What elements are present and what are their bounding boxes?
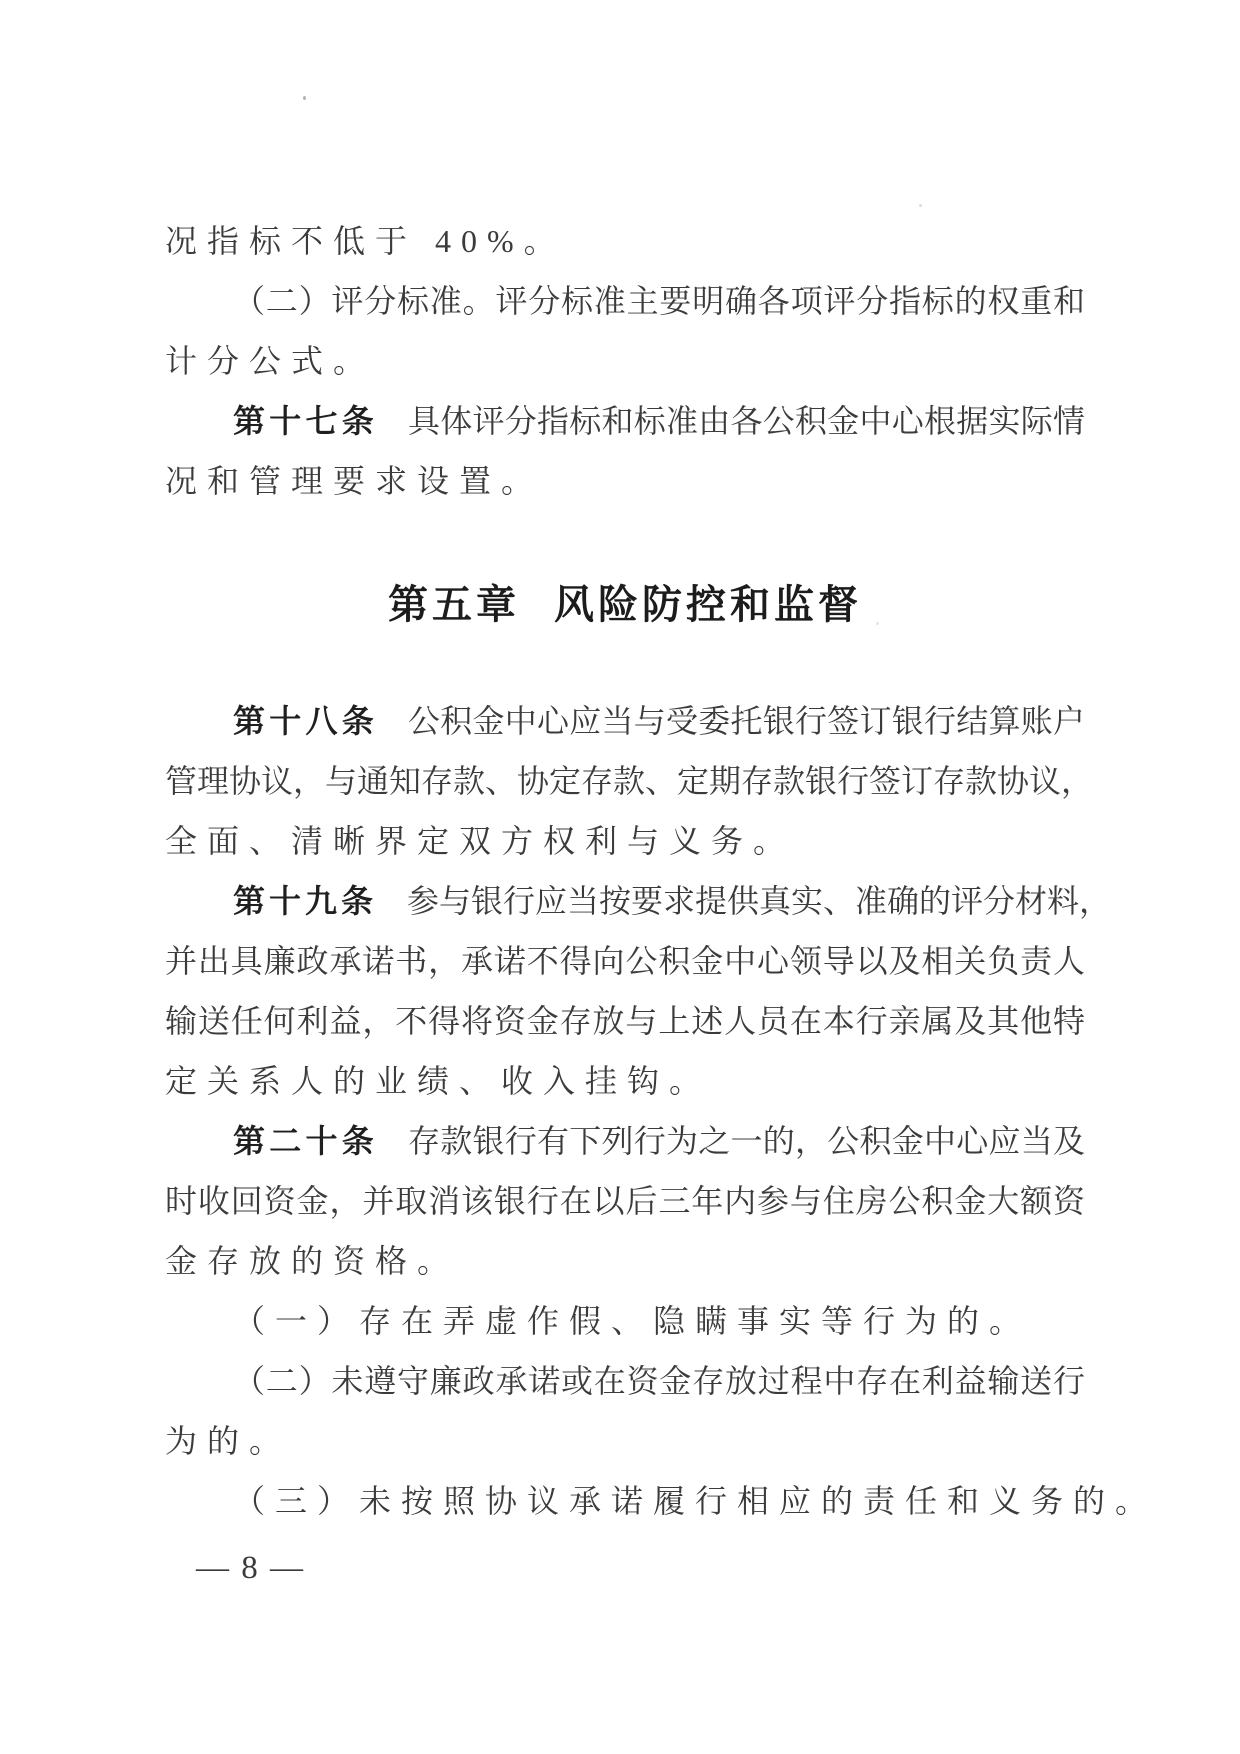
line-text: 金存放的资格。 (165, 1243, 459, 1279)
article-number: 第十八条 (233, 703, 378, 739)
line-text: 况指标不低于 40%。 (165, 223, 566, 259)
document-line: 第十八条公积金中心应当与受委托银行签订银行结算账户 (165, 691, 1085, 751)
chapter-heading: 第五章 风险防控和监督 (165, 511, 1085, 691)
document-line: 并出具廉政承诺书，承诺不得向公积金中心领导以及相关负责人 (165, 931, 1085, 991)
line-text: （二）未遵守廉政承诺或在资金存放过程中存在利益输送行 (233, 1363, 1085, 1399)
document-text-block: 况指标不低于 40%。 （二）评分标准。评分标准主要明确各项评分指标的权重和 计… (165, 211, 1085, 1531)
line-text: 输送任何利益，不得将资金存放与上述人员在本行亲属及其他特 (165, 1003, 1085, 1039)
document-page: 况指标不低于 40%。 （二）评分标准。评分标准主要明确各项评分指标的权重和 计… (0, 0, 1240, 1754)
document-line: 管理协议，与通知存款、协定存款、定期存款银行签订存款协议， (165, 751, 1085, 811)
document-line: 况和管理要求设置。 (165, 451, 1085, 511)
line-text: 公积金中心应当与受委托银行签订银行结算账户 (408, 703, 1085, 739)
line-text: 时收回资金，并取消该银行在以后三年内参与住房公积金大额资 (165, 1183, 1085, 1219)
document-line: （二）未遵守廉政承诺或在资金存放过程中存在利益输送行 (165, 1351, 1085, 1411)
line-text: 况和管理要求设置。 (165, 463, 543, 499)
line-text: 定关系人的业绩、收入挂钩。 (165, 1063, 711, 1099)
line-text: 具体评分指标和标准由各公积金中心根据实际情 (408, 403, 1085, 439)
line-text: 计分公式。 (165, 343, 375, 379)
page-number: — 8 — (196, 1550, 305, 1587)
article-number: 第十七条 (233, 403, 378, 439)
document-line: 第十七条具体评分指标和标准由各公积金中心根据实际情 (165, 391, 1085, 451)
line-text: 全面、清晰界定双方权利与义务。 (165, 823, 795, 859)
chapter-number: 第五章 (388, 573, 520, 630)
article-number: 第十九条 (233, 883, 377, 919)
document-line: （二）评分标准。评分标准主要明确各项评分指标的权重和 (165, 271, 1085, 331)
document-line: 计分公式。 (165, 331, 1085, 391)
document-line: 全面、清晰界定双方权利与义务。 (165, 811, 1085, 871)
scan-artifact-dot (919, 204, 922, 207)
line-text: 参与银行应当按要求提供真实、准确的评分材料， (407, 883, 1111, 919)
document-line: 时收回资金，并取消该银行在以后三年内参与住房公积金大额资 (165, 1171, 1085, 1231)
scan-artifact-dot (303, 96, 306, 100)
line-text: 并出具廉政承诺书，承诺不得向公积金中心领导以及相关负责人 (165, 943, 1085, 979)
line-text: （一）存在弄虚作假、隐瞒事实等行为的。 (233, 1303, 1031, 1339)
article-number: 第二十条 (233, 1123, 378, 1159)
document-line: （一）存在弄虚作假、隐瞒事实等行为的。 (165, 1291, 1085, 1351)
document-line: 金存放的资格。 (165, 1231, 1085, 1291)
document-line: 况指标不低于 40%。 (165, 211, 1085, 271)
line-text: 管理协议，与通知存款、协定存款、定期存款银行签订存款协议， (165, 763, 1093, 799)
chapter-title: 风险防控和监督 (554, 573, 862, 630)
line-text: 为的。 (165, 1423, 291, 1459)
document-line: 输送任何利益，不得将资金存放与上述人员在本行亲属及其他特 (165, 991, 1085, 1051)
document-line: 第十九条参与银行应当按要求提供真实、准确的评分材料， (165, 871, 1085, 931)
document-line: 定关系人的业绩、收入挂钩。 (165, 1051, 1085, 1111)
document-line: 为的。 (165, 1411, 1085, 1471)
line-text: 存款银行有下列行为之一的，公积金中心应当及 (408, 1123, 1085, 1159)
line-text: （三）未按照协议承诺履行相应的责任和义务的。 (233, 1483, 1157, 1519)
line-text: （二）评分标准。评分标准主要明确各项评分指标的权重和 (233, 283, 1085, 319)
document-line: （三）未按照协议承诺履行相应的责任和义务的。 (165, 1471, 1085, 1531)
document-line: 第二十条存款银行有下列行为之一的，公积金中心应当及 (165, 1111, 1085, 1171)
